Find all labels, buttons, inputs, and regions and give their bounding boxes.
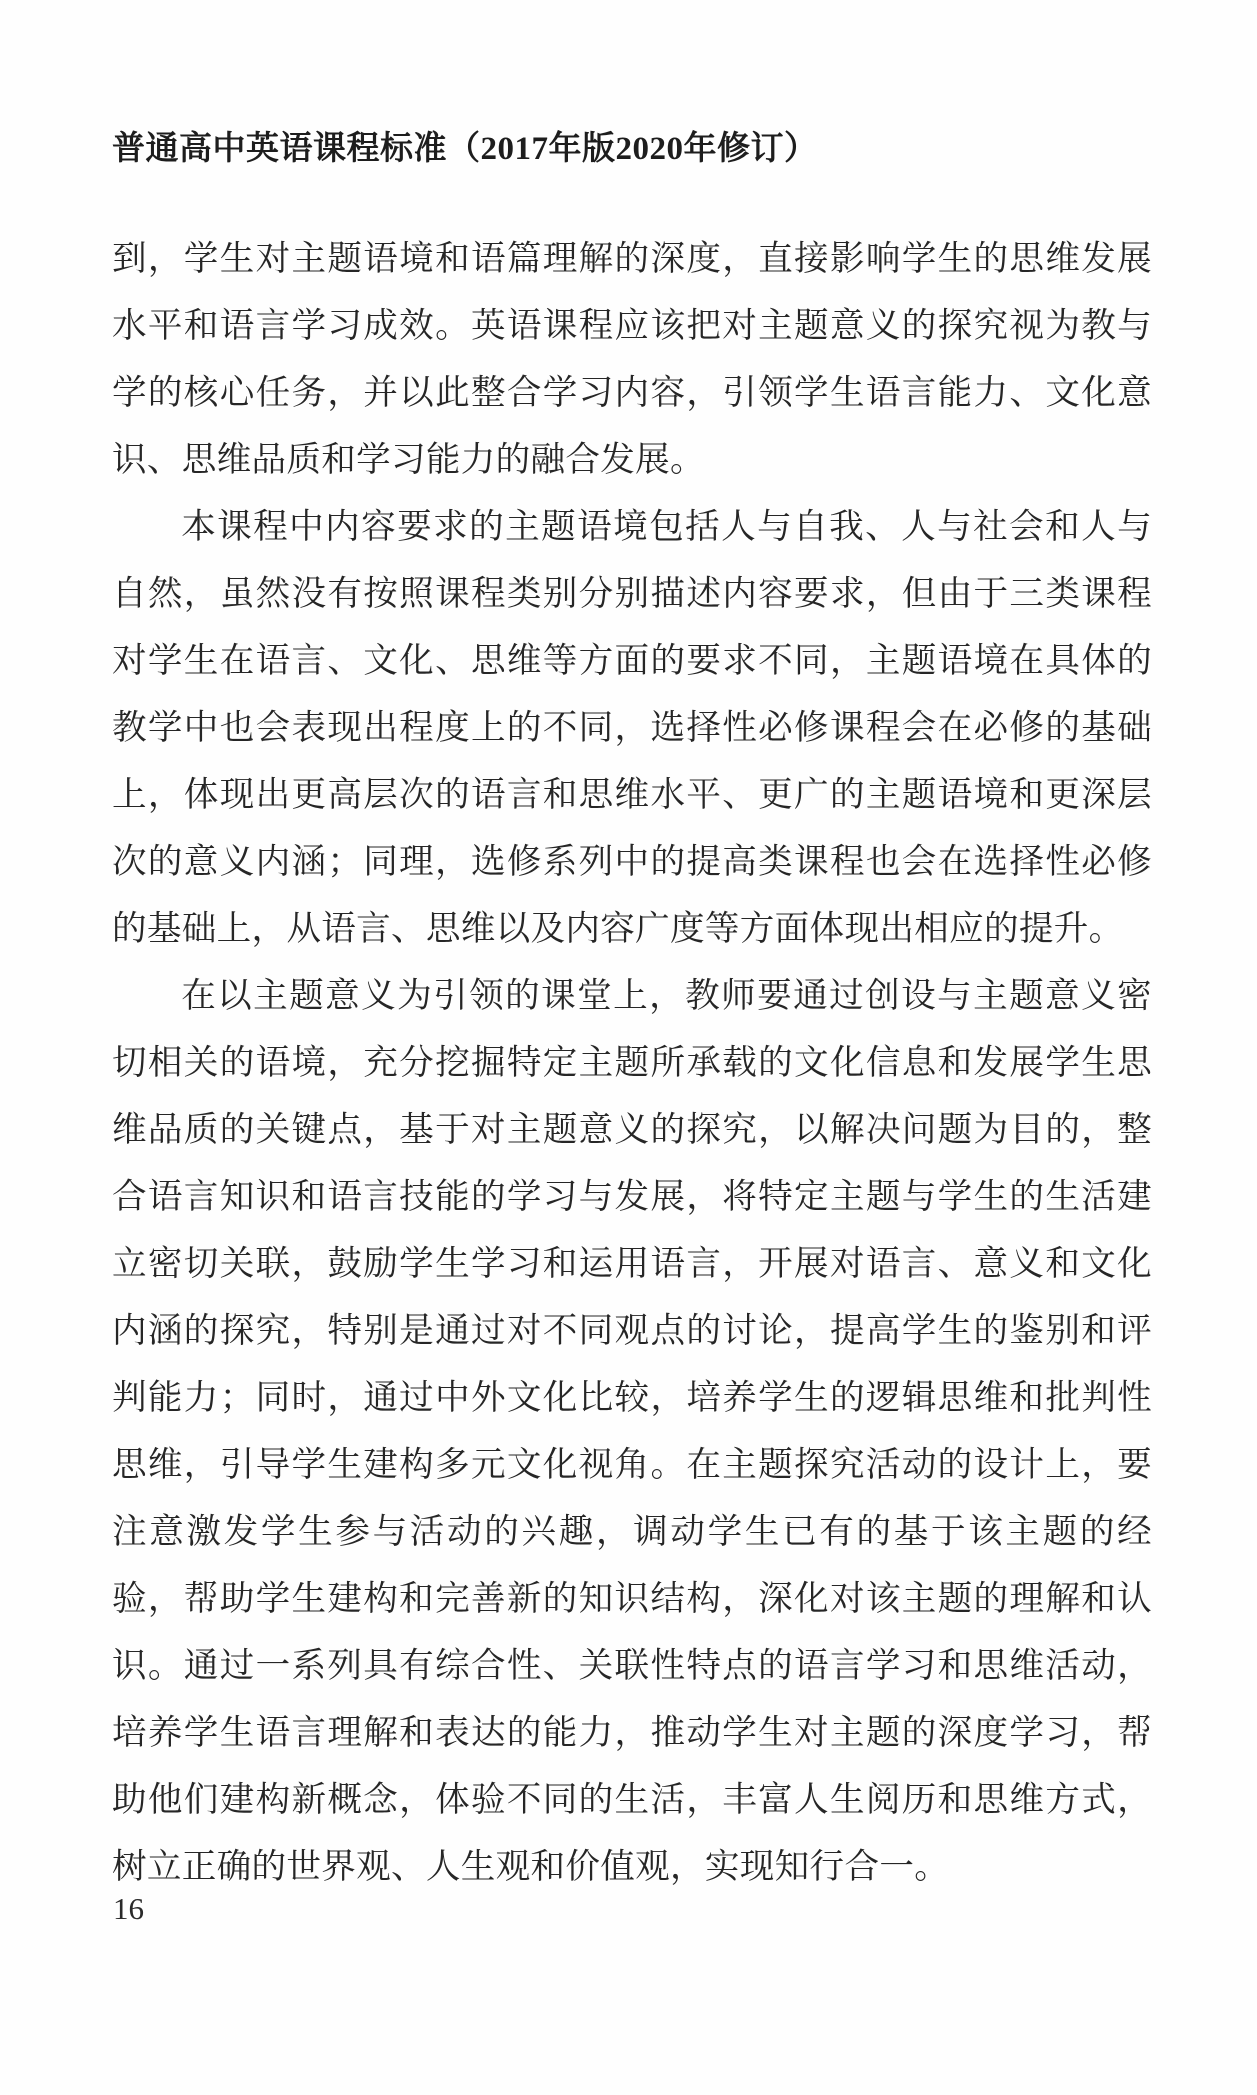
document-page: 普通高中英语课程标准（2017年版2020年修订） 到，学生对主题语境和语篇理解…	[0, 0, 1257, 2095]
page-number: 16	[113, 1889, 144, 1929]
body-paragraph: 在以主题意义为引领的课堂上，教师要通过创设与主题意义密切相关的语境，充分挖掘特定…	[112, 963, 1152, 1901]
document-body: 到，学生对主题语境和语篇理解的深度，直接影响学生的思维发展水平和语言学习成效。英…	[112, 226, 1152, 1901]
document-running-header: 普通高中英语课程标准（2017年版2020年修订）	[112, 128, 818, 170]
body-paragraph: 本课程中内容要求的主题语境包括人与自我、人与社会和人与自然，虽然没有按照课程类别…	[112, 494, 1152, 963]
body-paragraph-continuation: 到，学生对主题语境和语篇理解的深度，直接影响学生的思维发展水平和语言学习成效。英…	[112, 226, 1152, 494]
